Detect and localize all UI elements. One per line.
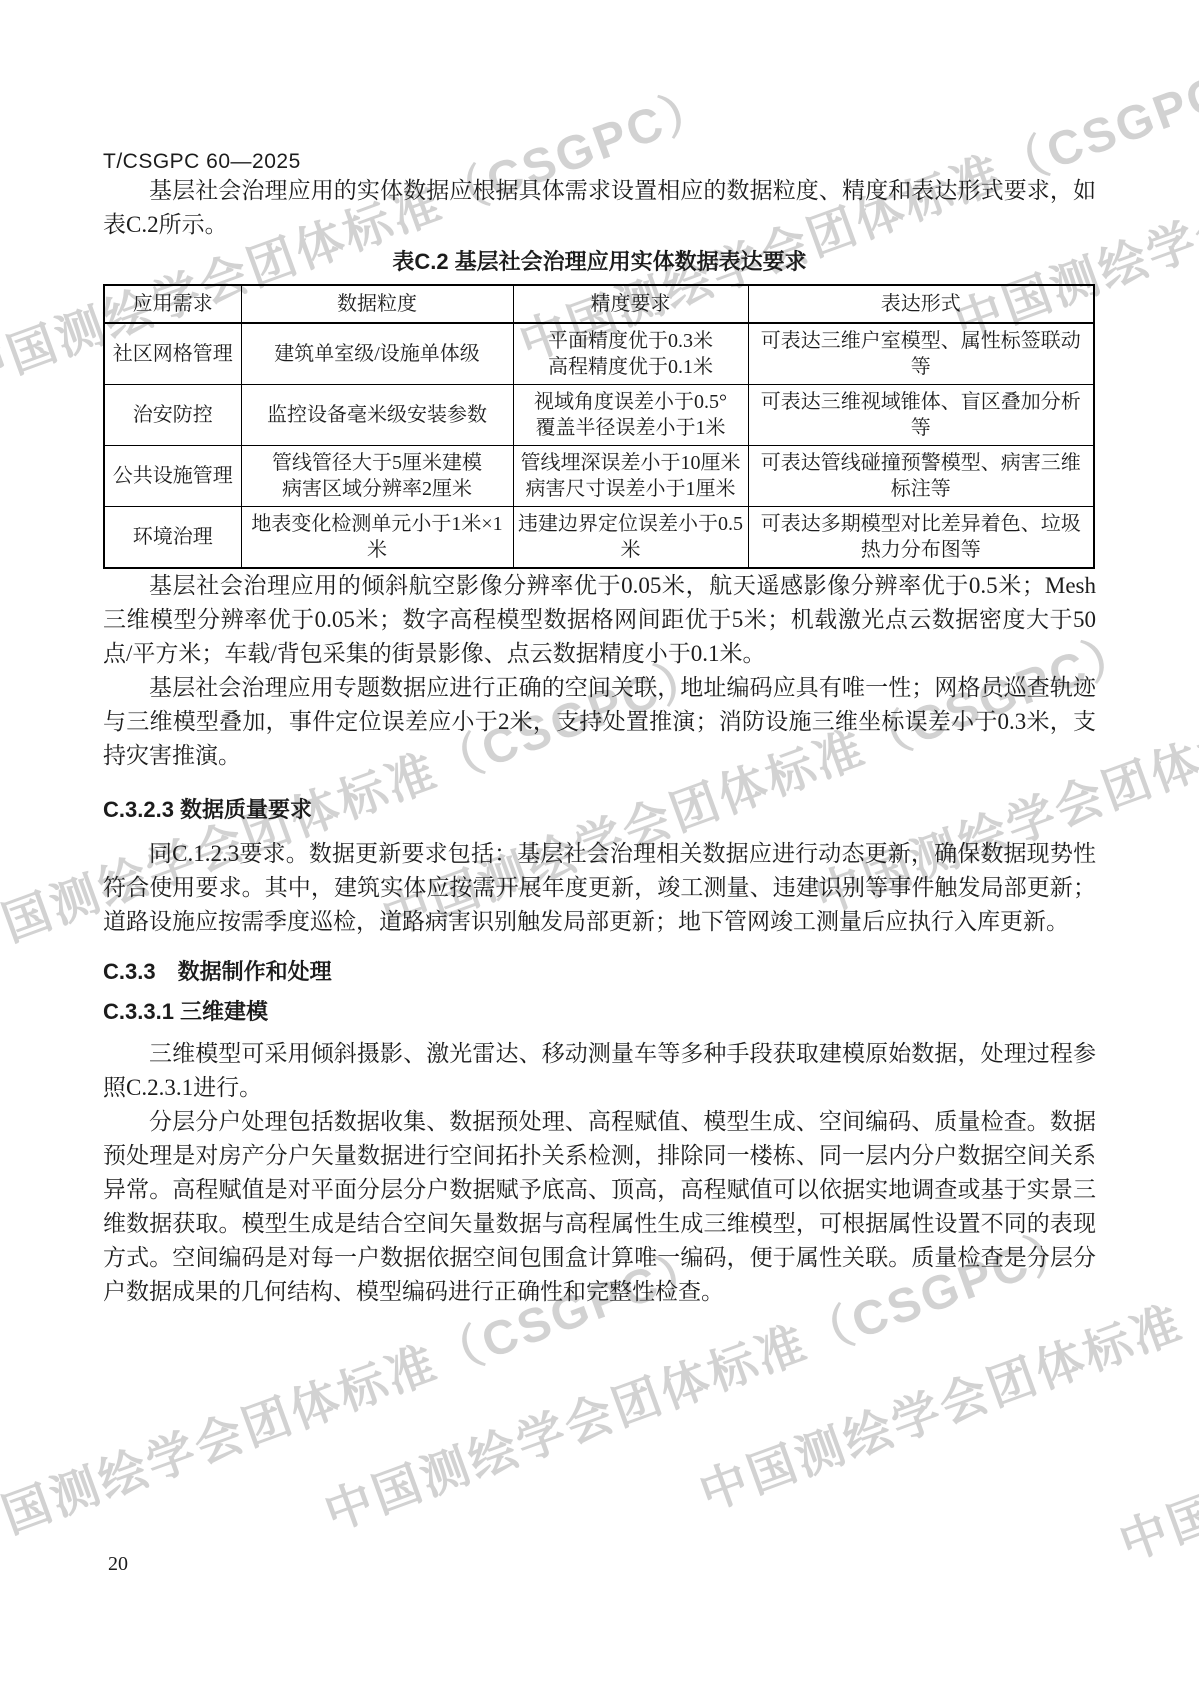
cell-line: 病害区域分辨率2厘米 [246,476,509,502]
cell-accuracy: 平面精度优于0.3米 高程精度优于0.1米 [513,323,748,385]
header-application-need: 应用需求 [104,285,241,323]
table-row-community-grid: 社区网格管理 建筑单室级/设施单体级 平面精度优于0.3米 高程精度优于0.1米… [104,323,1094,385]
cell-expression: 可表达管线碰撞预警模型、病害三维标注等 [748,446,1094,507]
cell-granularity: 地表变化检测单元小于1米×1米 [241,507,513,569]
cell-accuracy: 视域角度误差小于0.5° 覆盖半径误差小于1米 [513,385,748,446]
table-row-environment: 环境治理 地表变化检测单元小于1米×1米 违建边界定位误差小于0.5米 可表达多… [104,507,1094,569]
doc-code: T/CSGPC 60—2025 [103,150,1096,174]
table-row-public-facilities: 公共设施管理 管线管径大于5厘米建模 病害区域分辨率2厘米 管线埋深误差小于10… [104,446,1094,507]
resolution-paragraph: 基层社会治理应用的倾斜航空影像分辨率优于0.05米，航天遥感影像分辨率优于0.5… [103,569,1096,671]
cell-need: 治安防控 [104,385,241,446]
cell-need: 社区网格管理 [104,323,241,385]
cell-granularity: 监控设备毫米级安装参数 [241,385,513,446]
cell-line: 违建边界定位误差小于0.5米 [518,511,744,563]
cell-line: 病害尺寸误差小于1厘米 [518,476,744,502]
association-paragraph: 基层社会治理应用专题数据应进行正确的空间关联，地址编码应具有唯一性；网格员巡查轨… [103,671,1096,773]
cell-line: 地表变化检测单元小于1米×1米 [246,511,509,563]
cell-line: 视域角度误差小于0.5° [518,389,744,415]
cell-line: 监控设备毫米级安装参数 [246,402,509,428]
header-expression-form: 表达形式 [748,285,1094,323]
cell-line: 覆盖半径误差小于1米 [518,415,744,441]
cell-expression: 可表达多期模型对比差异着色、垃圾热力分布图等 [748,507,1094,569]
modeling-paragraph: 三维模型可采用倾斜摄影、激光雷达、移动测量车等多种手段获取建模原始数据，处理过程… [103,1037,1096,1105]
cell-line: 建筑单室级/设施单体级 [246,341,509,367]
table-header-row: 应用需求 数据粒度 精度要求 表达形式 [104,285,1094,323]
page-number: 20 [108,1552,128,1576]
quality-paragraph: 同C.1.2.3要求。数据更新要求包括：基层社会治理相关数据应进行动态更新，确保… [103,837,1096,939]
cell-expression: 可表达三维户室模型、属性标签联动等 [748,323,1094,385]
table-caption: 表C.2 基层社会治理应用实体数据表达要求 [103,248,1096,276]
cell-need: 环境治理 [104,507,241,569]
cell-line: 管线管径大于5厘米建模 [246,450,509,476]
cell-granularity: 管线管径大于5厘米建模 病害区域分辨率2厘米 [241,446,513,507]
heading-data-quality: C.3.2.3 数据质量要求 [103,795,1096,825]
requirements-table: 应用需求 数据粒度 精度要求 表达形式 社区网格管理 建筑单室级/设施单体级 平… [103,284,1095,569]
table-row-public-security: 治安防控 监控设备毫米级安装参数 视域角度误差小于0.5° 覆盖半径误差小于1米… [104,385,1094,446]
cell-line: 高程精度优于0.1米 [518,354,744,380]
stratified-paragraph: 分层分户处理包括数据收集、数据预处理、高程赋值、模型生成、空间编码、质量检查。数… [103,1105,1096,1309]
header-data-granularity: 数据粒度 [241,285,513,323]
cell-line: 管线埋深误差小于10厘米 [518,450,744,476]
cell-accuracy: 违建边界定位误差小于0.5米 [513,507,748,569]
cell-need: 公共设施管理 [104,446,241,507]
cell-accuracy: 管线埋深误差小于10厘米 病害尺寸误差小于1厘米 [513,446,748,507]
cell-line: 平面精度优于0.3米 [518,328,744,354]
cell-expression: 可表达三维视域锥体、盲区叠加分析等 [748,385,1094,446]
document-page: 中国测绘学会团体标准（CSGPC）中国测绘学会团体标准（CSGPC）中国测绘学会… [0,0,1199,1696]
heading-3d-modeling: C.3.3.1 三维建模 [103,997,1096,1027]
header-accuracy-requirement: 精度要求 [513,285,748,323]
page-content: T/CSGPC 60—2025 基层社会治理应用的实体数据应根据具体需求设置相应… [0,0,1199,1309]
intro-paragraph: 基层社会治理应用的实体数据应根据具体需求设置相应的数据粒度、精度和表达形式要求，… [103,174,1096,242]
cell-granularity: 建筑单室级/设施单体级 [241,323,513,385]
heading-data-production: C.3.3 数据制作和处理 [103,957,1096,987]
